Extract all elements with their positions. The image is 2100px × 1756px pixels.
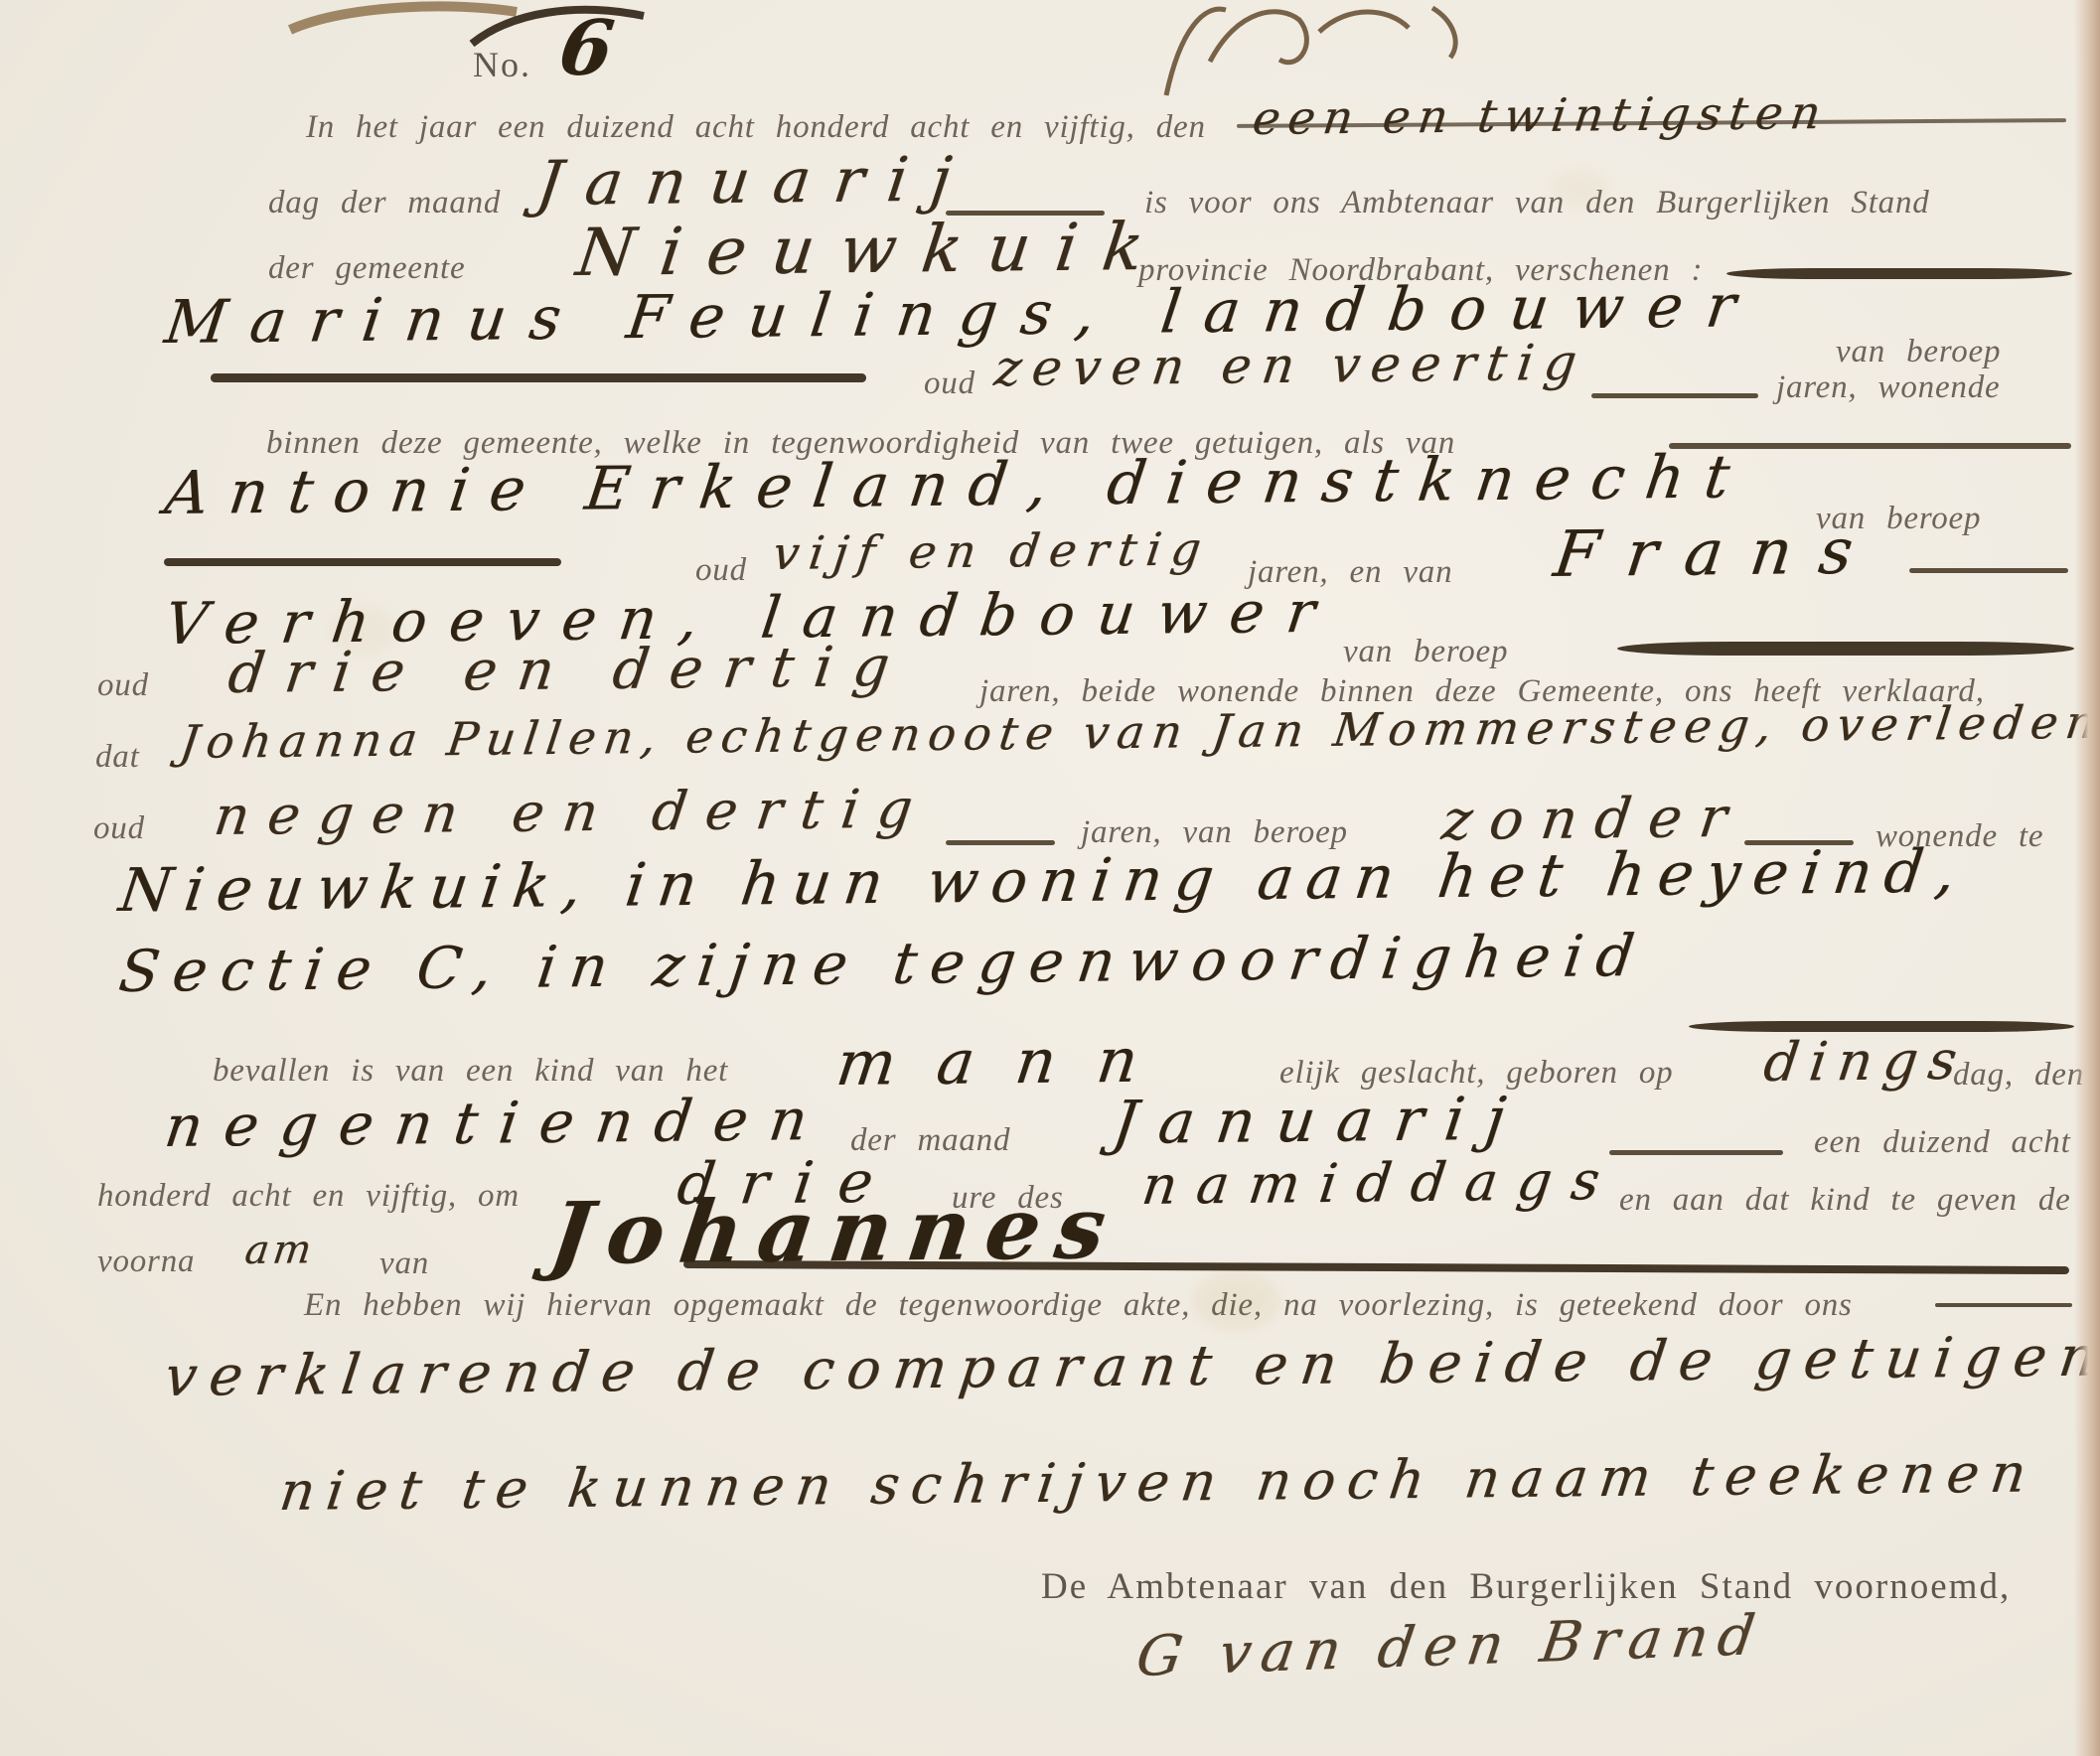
registrar-signature: G van den Brand xyxy=(1132,1603,1768,1689)
printed-municipality-label: der gemeente xyxy=(268,250,465,287)
entry-mother-name: Johanna Pullen, echtgenoote van Jan Momm… xyxy=(177,695,2100,769)
ink-flourish-dash xyxy=(1726,268,2072,279)
printed-of-label: van xyxy=(379,1245,429,1282)
printed-that-label: dat xyxy=(95,739,140,776)
record-number-label: No. xyxy=(473,44,531,85)
printed-registrar-text: is voor ons Ambtenaar van den Burgerlijk… xyxy=(1144,185,1930,221)
printed-age-label: oud xyxy=(93,810,145,847)
ink-dash xyxy=(946,840,1055,845)
ink-rule xyxy=(211,373,866,382)
entry-witness2-age: drie en dertig xyxy=(225,635,914,706)
entry-birth-month: Januarij xyxy=(1109,1085,1531,1158)
top-ink-fragment-right xyxy=(1152,0,1480,99)
printed-year-prefix-text: een duizend acht xyxy=(1814,1124,2071,1161)
entry-cannot-sign-1: verklarende de comparant en beide de get… xyxy=(161,1325,2100,1409)
ink-dash xyxy=(1909,568,2068,573)
printed-age-label: oud xyxy=(924,366,975,402)
entry-birth-location-2: Sectie C, in zijne tegenwoordigheid xyxy=(115,922,1652,1005)
birth-certificate-page: No. 6 In het jaar een duizend acht honde… xyxy=(0,0,2100,1756)
entry-declarant-age: zeven en veertig xyxy=(991,334,1590,397)
printed-occupation-label: van beroep xyxy=(1343,634,1508,670)
printed-age-label: oud xyxy=(97,667,149,704)
printed-year-text: In het jaar een duizend acht honderd ach… xyxy=(306,109,1206,146)
printed-give-name-text: en aan dat kind te geven de xyxy=(1619,1182,2071,1219)
entry-registration-month: Januarij xyxy=(532,142,978,219)
ink-rule xyxy=(164,558,561,566)
printed-occupation-label: van beroep xyxy=(1836,334,2001,370)
printed-day-of-month-label: dag der maand xyxy=(268,185,501,221)
page-edge-shadow xyxy=(2074,0,2100,1756)
entry-firstname-correction: am xyxy=(242,1227,318,1273)
ink-dash xyxy=(1935,1303,2072,1307)
printed-born-child-text: bevallen is van een kind van het xyxy=(213,1053,728,1090)
printed-official-title: De Ambtenaar van den Burgerlijken Stand … xyxy=(1041,1565,2011,1608)
entry-birth-weekday: dings xyxy=(1760,1029,1971,1094)
entry-birth-location-1: Nieuwkuik, in hun woning aan het heyeind… xyxy=(115,837,1972,926)
ink-dash xyxy=(1591,393,1758,398)
entry-witness1-age: vijf en dertig xyxy=(770,521,1214,580)
entry-cannot-sign-2: niet te kunnen schrijven noch naam teeke… xyxy=(276,1442,2041,1523)
printed-closing-text: En hebben wij hiervan opgemaakt de tegen… xyxy=(304,1287,1853,1324)
printed-day-suffix-label: dag, den xyxy=(1953,1057,2084,1094)
entry-child-name: Johannes xyxy=(544,1178,1126,1284)
printed-firstname-prefix: voorna xyxy=(97,1244,195,1280)
ink-flourish-dash xyxy=(1617,642,2074,656)
entry-mother-age: negen en dertig xyxy=(211,777,935,847)
entry-registration-day: een en twintigsten xyxy=(1250,85,1832,145)
printed-year-suffix-text: honderd acht en vijftig, om xyxy=(97,1178,520,1215)
entry-birth-daypart: namiddags xyxy=(1138,1149,1623,1217)
printed-years-residing-label: jaren, wonende xyxy=(1776,369,2000,406)
entry-witness2-firstname: Frans xyxy=(1550,515,1884,592)
ink-dash xyxy=(1609,1150,1783,1155)
record-number-value: 6 xyxy=(554,3,619,92)
